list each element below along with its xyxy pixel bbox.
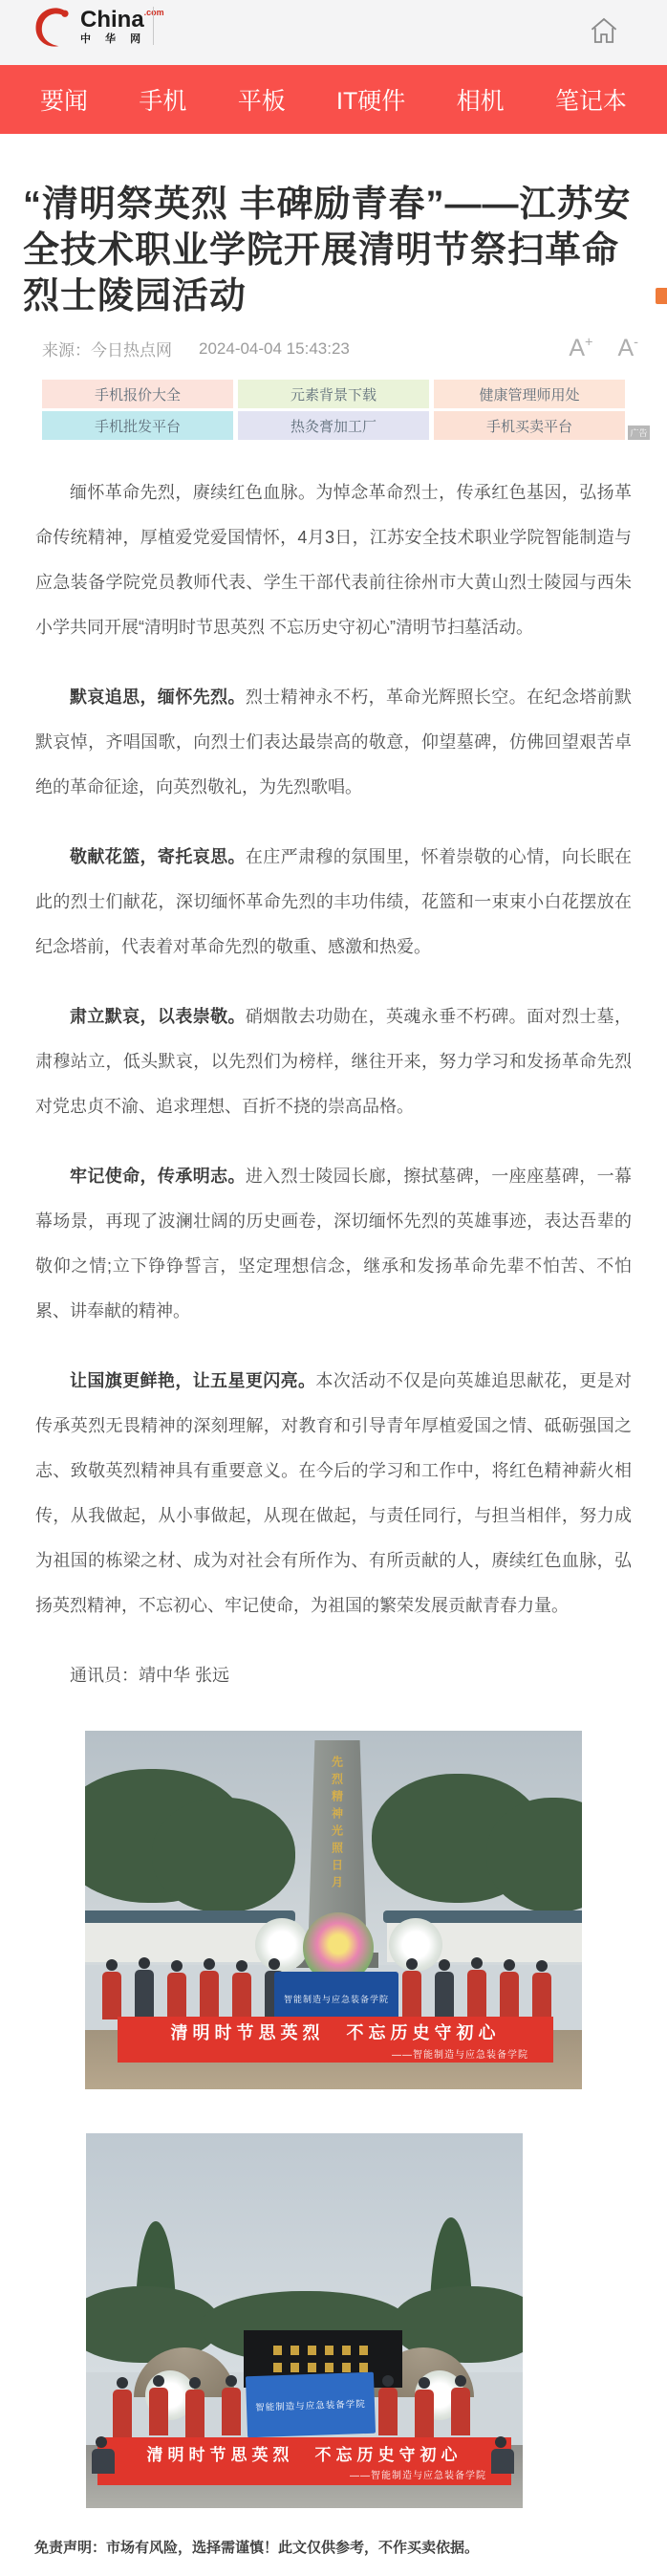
sponsored-link[interactable]: 健康管理师用处 xyxy=(434,380,625,408)
logo-text: China.com 中 华 网 xyxy=(80,9,164,45)
placard-text: 智能制造与应急装备学院 xyxy=(284,1993,389,2005)
banner-signature: ——智能制造与应急装备学院 xyxy=(97,2467,511,2481)
person-figure xyxy=(167,1973,186,2020)
gold-inscription xyxy=(273,2346,373,2355)
font-decrease-button[interactable]: A- xyxy=(617,335,638,362)
header-divider xyxy=(153,7,154,45)
logo-tld: .com xyxy=(144,8,164,17)
nav-item-pingban[interactable]: 平板 xyxy=(238,82,286,117)
paragraph-text: 进入烈士陵园长廊，擦拭墓碑，一座座墓碑，一幕幕场景，再现了波澜壮阔的历史画卷，深… xyxy=(35,1167,632,1321)
article-paragraph: 敬献花篮，寄托哀思。在庄严肃穆的氛围里，怀着崇敬的心情，向长眠在此的烈士们献花，… xyxy=(35,835,632,970)
page-title: “清明祭英烈 丰碑励青春”——江苏安全技术职业学院开展清明节祭扫革命烈士陵园活动 xyxy=(23,182,646,319)
person-figure xyxy=(532,1973,551,2020)
banner-slogan: 清明时节思英烈 不忘历史守初心 xyxy=(97,2441,511,2465)
person-figure xyxy=(451,2388,470,2435)
primary-nav: 要闻 手机 平板 IT硬件 相机 笔记本 xyxy=(0,65,667,134)
memorial-banner: 清明时节思英烈 不忘历史守初心 ——智能制造与应急装备学院 xyxy=(118,2017,553,2063)
person-figure xyxy=(491,2449,514,2474)
person-figure xyxy=(185,2390,204,2437)
nav-item-bijiben[interactable]: 笔记本 xyxy=(555,82,627,117)
person-figure xyxy=(415,2390,434,2437)
memorial-banner: 清明时节思英烈 不忘历史守初心 ——智能制造与应急装备学院 xyxy=(97,2437,511,2485)
source-label: 来源：今日热点网 xyxy=(42,337,172,360)
banner-slogan: 清明时节思英烈 不忘历史守初心 xyxy=(118,2019,553,2044)
sponsored-link[interactable]: 手机报价大全 xyxy=(42,380,233,408)
article-paragraph: 让国旗更鲜艳，让五星更闪亮。本次活动不仅是向英雄追思献花，更是对传承英烈无畏精神… xyxy=(35,1359,632,1628)
paragraph-lead: 默哀追思，缅怀先烈。 xyxy=(70,688,246,707)
article-paragraph: 肃立默哀，以表崇敬。硝烟散去功勋在，英魂永垂不朽碑。面对烈士墓，肃穆站立，低头默… xyxy=(35,994,632,1129)
tree xyxy=(152,1798,295,1912)
article-paragraph: 默哀追思，缅怀先烈。烈士精神永不朽，革命光辉照长空。在纪念塔前默默哀悼，齐唱国歌… xyxy=(35,675,632,810)
sponsored-link[interactable]: 元素背景下载 xyxy=(238,380,429,408)
person-figure xyxy=(92,2449,115,2474)
publish-datetime: 2024-04-04 15:43:23 xyxy=(199,339,350,359)
font-increase-button[interactable]: A+ xyxy=(569,335,592,362)
ad-badge: 广告 xyxy=(628,426,650,440)
article-paragraph: 缅怀革命先烈，赓续红色血脉。为悼念革命烈士，传承红色基因，弘扬革命传统精神，厚植… xyxy=(35,470,632,650)
nav-item-yaowen[interactable]: 要闻 xyxy=(40,82,88,117)
person-figure xyxy=(402,1971,421,2019)
china-com-logo[interactable]: China.com 中 华 网 xyxy=(32,5,164,49)
photo-cemetery-group: 智能制造与应急装备学院 清明时节思英烈 不忘历史守初心 ——智能制造与应急装备学… xyxy=(86,2133,523,2508)
person-figure xyxy=(467,1970,486,2018)
nav-item-it-hardware[interactable]: IT硬件 xyxy=(336,82,405,117)
paragraph-lead: 肃立默哀，以表崇敬。 xyxy=(70,1007,246,1026)
correspondent-line: 通讯员：靖中华 张远 xyxy=(35,1653,632,1698)
side-float-tab[interactable] xyxy=(656,288,667,304)
logo-brand: China xyxy=(80,7,144,33)
sponsored-link[interactable]: 手机批发平台 xyxy=(42,411,233,440)
nav-item-shouji[interactable]: 手机 xyxy=(139,82,186,117)
person-figure xyxy=(232,1973,251,2020)
article-paragraph: 牢记使命，传承明志。进入烈士陵园长廊，擦拭墓碑，一座座墓碑，一幕幕场景，再现了波… xyxy=(35,1154,632,1334)
article-body: 缅怀革命先烈，赓续红色血脉。为悼念革命烈士，传承红色基因，弘扬革命传统精神，厚植… xyxy=(35,470,632,1698)
sponsored-link[interactable]: 手机买卖平台 xyxy=(434,411,625,440)
paragraph-lead: 牢记使命，传承明志。 xyxy=(70,1167,246,1186)
paragraph-lead: 敬献花篮，寄托哀思。 xyxy=(70,847,246,866)
white-wreath xyxy=(255,1918,309,1972)
logo-chinese-name: 中 华 网 xyxy=(80,34,164,45)
article-meta: 来源：今日热点网 2024-04-04 15:43:23 A+ A- xyxy=(42,335,638,362)
banner-signature: ——智能制造与应急装备学院 xyxy=(118,2046,553,2061)
font-size-controls: A+ A- xyxy=(569,335,638,362)
logo-swoosh-icon xyxy=(32,5,75,49)
person-figure xyxy=(200,1971,219,2019)
disclaimer-text: 免责声明：市场有风险，选择需谨慎！此文仅供参考，不作买卖依据。 xyxy=(34,2537,667,2557)
nav-item-xiangji[interactable]: 相机 xyxy=(457,82,505,117)
person-figure xyxy=(149,2388,168,2435)
person-figure xyxy=(378,2388,398,2435)
gold-inscription xyxy=(273,2363,373,2372)
paragraph-text: 本次活动不仅是向英雄追思献花，更是对传承英烈无畏精神的深刻理解，对教育和引导青年… xyxy=(35,1371,632,1615)
photo-monument-group: 先烈精神光照日月 智能制造与应急装备学院 清明时节思英烈 不忘历史守初心 ——智… xyxy=(85,1731,582,2089)
paragraph-text: 缅怀革命先烈，赓续红色血脉。为悼念革命烈士，传承红色基因，弘扬革命传统精神，厚植… xyxy=(35,483,632,637)
school-flag: 智能制造与应急装备学院 xyxy=(246,2372,376,2438)
person-figure xyxy=(500,1972,519,2019)
person-figure xyxy=(435,1972,454,2019)
home-icon[interactable] xyxy=(589,15,619,46)
top-header: China.com 中 华 网 xyxy=(0,0,667,65)
sponsored-links-grid: 手机报价大全 元素背景下载 健康管理师用处 手机批发平台 热灸膏加工厂 手机买卖… xyxy=(42,380,625,440)
sponsored-link[interactable]: 热灸膏加工厂 xyxy=(238,411,429,440)
page: China.com 中 华 网 要闻 手机 平板 IT硬件 相机 笔记本 “清明… xyxy=(0,0,667,2576)
person-figure xyxy=(222,2388,241,2435)
person-figure xyxy=(135,1970,154,2018)
paragraph-lead: 让国旗更鲜艳，让五星更闪亮。 xyxy=(70,1371,315,1390)
flag-text: 智能制造与应急装备学院 xyxy=(255,2396,366,2413)
person-figure xyxy=(113,2390,132,2437)
person-figure xyxy=(102,1972,121,2019)
